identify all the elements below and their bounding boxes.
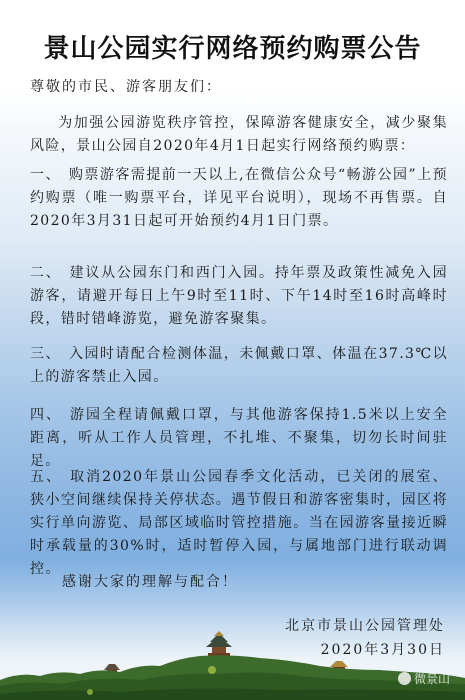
pavilion-icon [206,631,232,657]
item-number: 五、 [30,469,62,485]
watermark: 微景山 [398,670,450,687]
item-text: 取消2020年景山公园春季文化活动，已关闭的展室、狭小空间继续保持关停状态。遇节… [30,469,448,577]
intro-text: 为加强公园游览秩序管控，保障游客健康安全，减少聚集风险，景山公园自2020年4月… [30,115,448,154]
wechat-icon [398,672,411,685]
notice-item-1: 一、购票游客需提前一天以上,在微信公众号“畅游公园”上预约购票（唯一购票平台，详… [30,164,448,233]
intro-paragraph: 为加强公园游览秩序管控，保障游客健康安全，减少聚集风险，景山公园自2020年4月… [30,112,448,158]
notice-item-2: 二、建议从公园东门和西门入园。持年票及政策性减免入园游客，请避开每日上午9时至1… [30,262,448,331]
notice-item-5: 五、取消2020年景山公园春季文化活动，已关闭的展室、狭小空间继续保持关停状态。… [30,466,448,581]
item-number: 一、 [30,167,61,183]
notice-item-3: 三、入园时请配合检测体温，未佩戴口罩、体温在37.3℃以上的游客禁止入园。 [30,343,448,389]
item-text: 建议从公园东门和西门入园。持年票及政策性减免入园游客，请避开每日上午9时至11时… [30,265,448,327]
item-text: 入园时请配合检测体温，未佩戴口罩、体温在37.3℃以上的游客禁止入园。 [30,346,448,385]
item-number: 二、 [30,265,62,281]
salutation: 尊敬的市民、游客朋友们： [30,76,222,96]
item-number: 四、 [30,407,62,423]
jingshan-hill-illustration [0,630,465,700]
notice-item-4: 四、游园全程请佩戴口罩，与其他游客保持1.5米以上安全距离，听从工作人员管理，不… [30,404,448,473]
item-number: 三、 [30,346,61,362]
thanks-line: 感谢大家的理解与配合！ [62,571,238,591]
watermark-label: 微景山 [414,670,450,687]
item-text: 游园全程请佩戴口罩，与其他游客保持1.5米以上安全距离，听从工作人员管理，不扎堆… [30,407,448,469]
item-text: 购票游客需提前一天以上,在微信公众号“畅游公园”上预约购票（唯一购票平台，详见平… [30,167,448,229]
notice-title: 景山公园实行网络预约购票公告 [0,28,465,65]
